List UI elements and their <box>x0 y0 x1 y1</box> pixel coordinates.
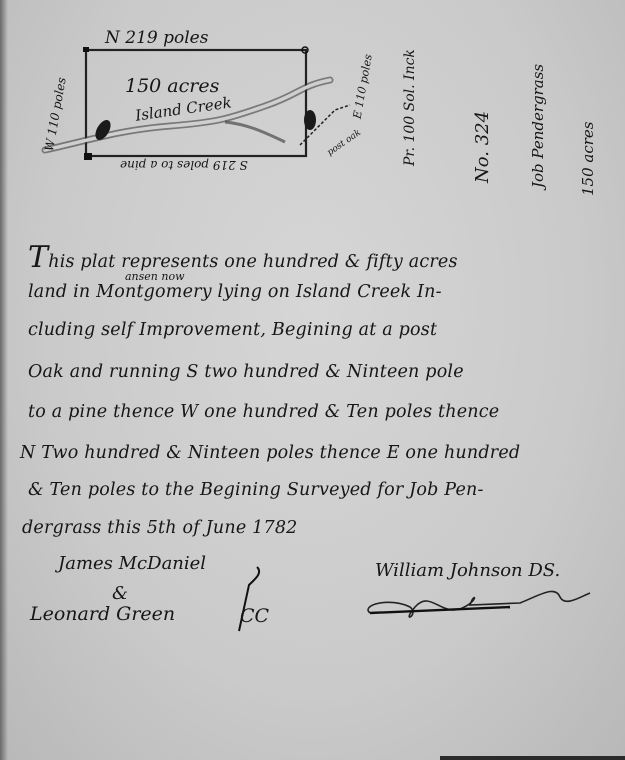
endorsement-acres: 150 acres <box>579 122 597 197</box>
body-line-8: dergrass this 5th of June 1782 <box>22 518 297 538</box>
drop-cap: T <box>28 240 48 275</box>
body-line-4: Oak and running S two hundred & Ninteen … <box>28 362 464 382</box>
endorsement-warrant: Pr. 100 Sol. Inck <box>402 49 418 166</box>
chain-carrier-label: CC <box>240 605 269 627</box>
document-page: N 219 poles 150 acres Island Creek S 219… <box>0 0 625 760</box>
endorsement-grantee: Job Pendergrass <box>529 64 547 188</box>
body-line-2: land in Montgomery lying on Island Creek… <box>28 282 442 302</box>
signature-james-mcdaniel: James McDaniel <box>58 553 206 574</box>
body-line-3: cluding self Improvement, Begining at a … <box>28 320 437 340</box>
plat-north-label: N 219 poles <box>105 28 208 48</box>
signature-leonard-green: Leonard Green <box>30 603 175 625</box>
signature-flourish <box>360 585 600 635</box>
plat-area-label: 150 acres <box>125 75 219 97</box>
plat-south-label: S 219 poles to a pine <box>120 158 248 172</box>
body-line-1-text: his plat represents one hundred & fifty … <box>48 252 457 272</box>
body-line-6: N Two hundred & Ninteen poles thence E o… <box>20 443 520 463</box>
post-oak-mark <box>304 110 316 130</box>
endorsement-number: No. 324 <box>472 111 493 183</box>
body-line-5: to a pine thence W one hundred & Ten pol… <box>28 402 499 422</box>
scan-edge-bottom <box>440 756 625 760</box>
signature-ampersand: & <box>112 583 128 604</box>
body-line-7: & Ten poles to the Begining Surveyed for… <box>28 480 484 500</box>
body-line-1: This plat represents one hundred & fifty… <box>28 240 458 275</box>
signature-william-johnson: William Johnson DS. <box>375 560 560 581</box>
